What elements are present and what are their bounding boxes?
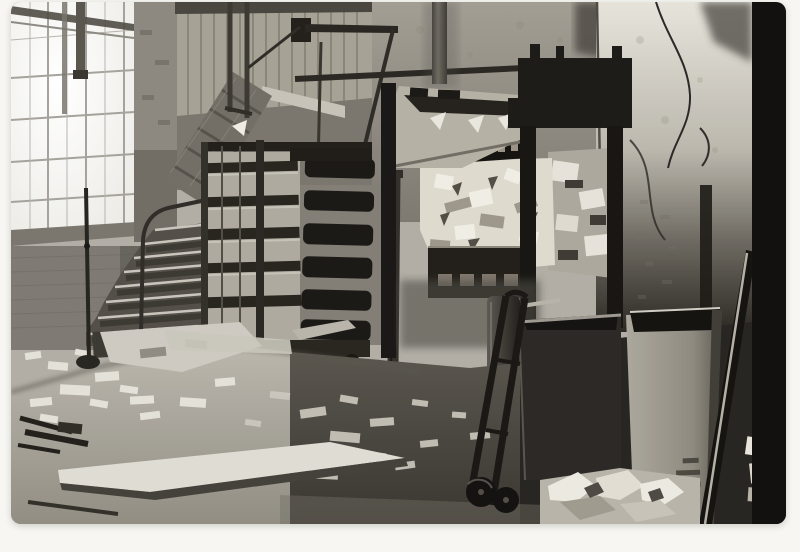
photograph: [11, 2, 786, 524]
photo-print-background: { "figure": { "kind": "black-and-white p…: [0, 0, 800, 552]
photo-scene: [11, 2, 786, 524]
print-tone: [11, 2, 786, 524]
